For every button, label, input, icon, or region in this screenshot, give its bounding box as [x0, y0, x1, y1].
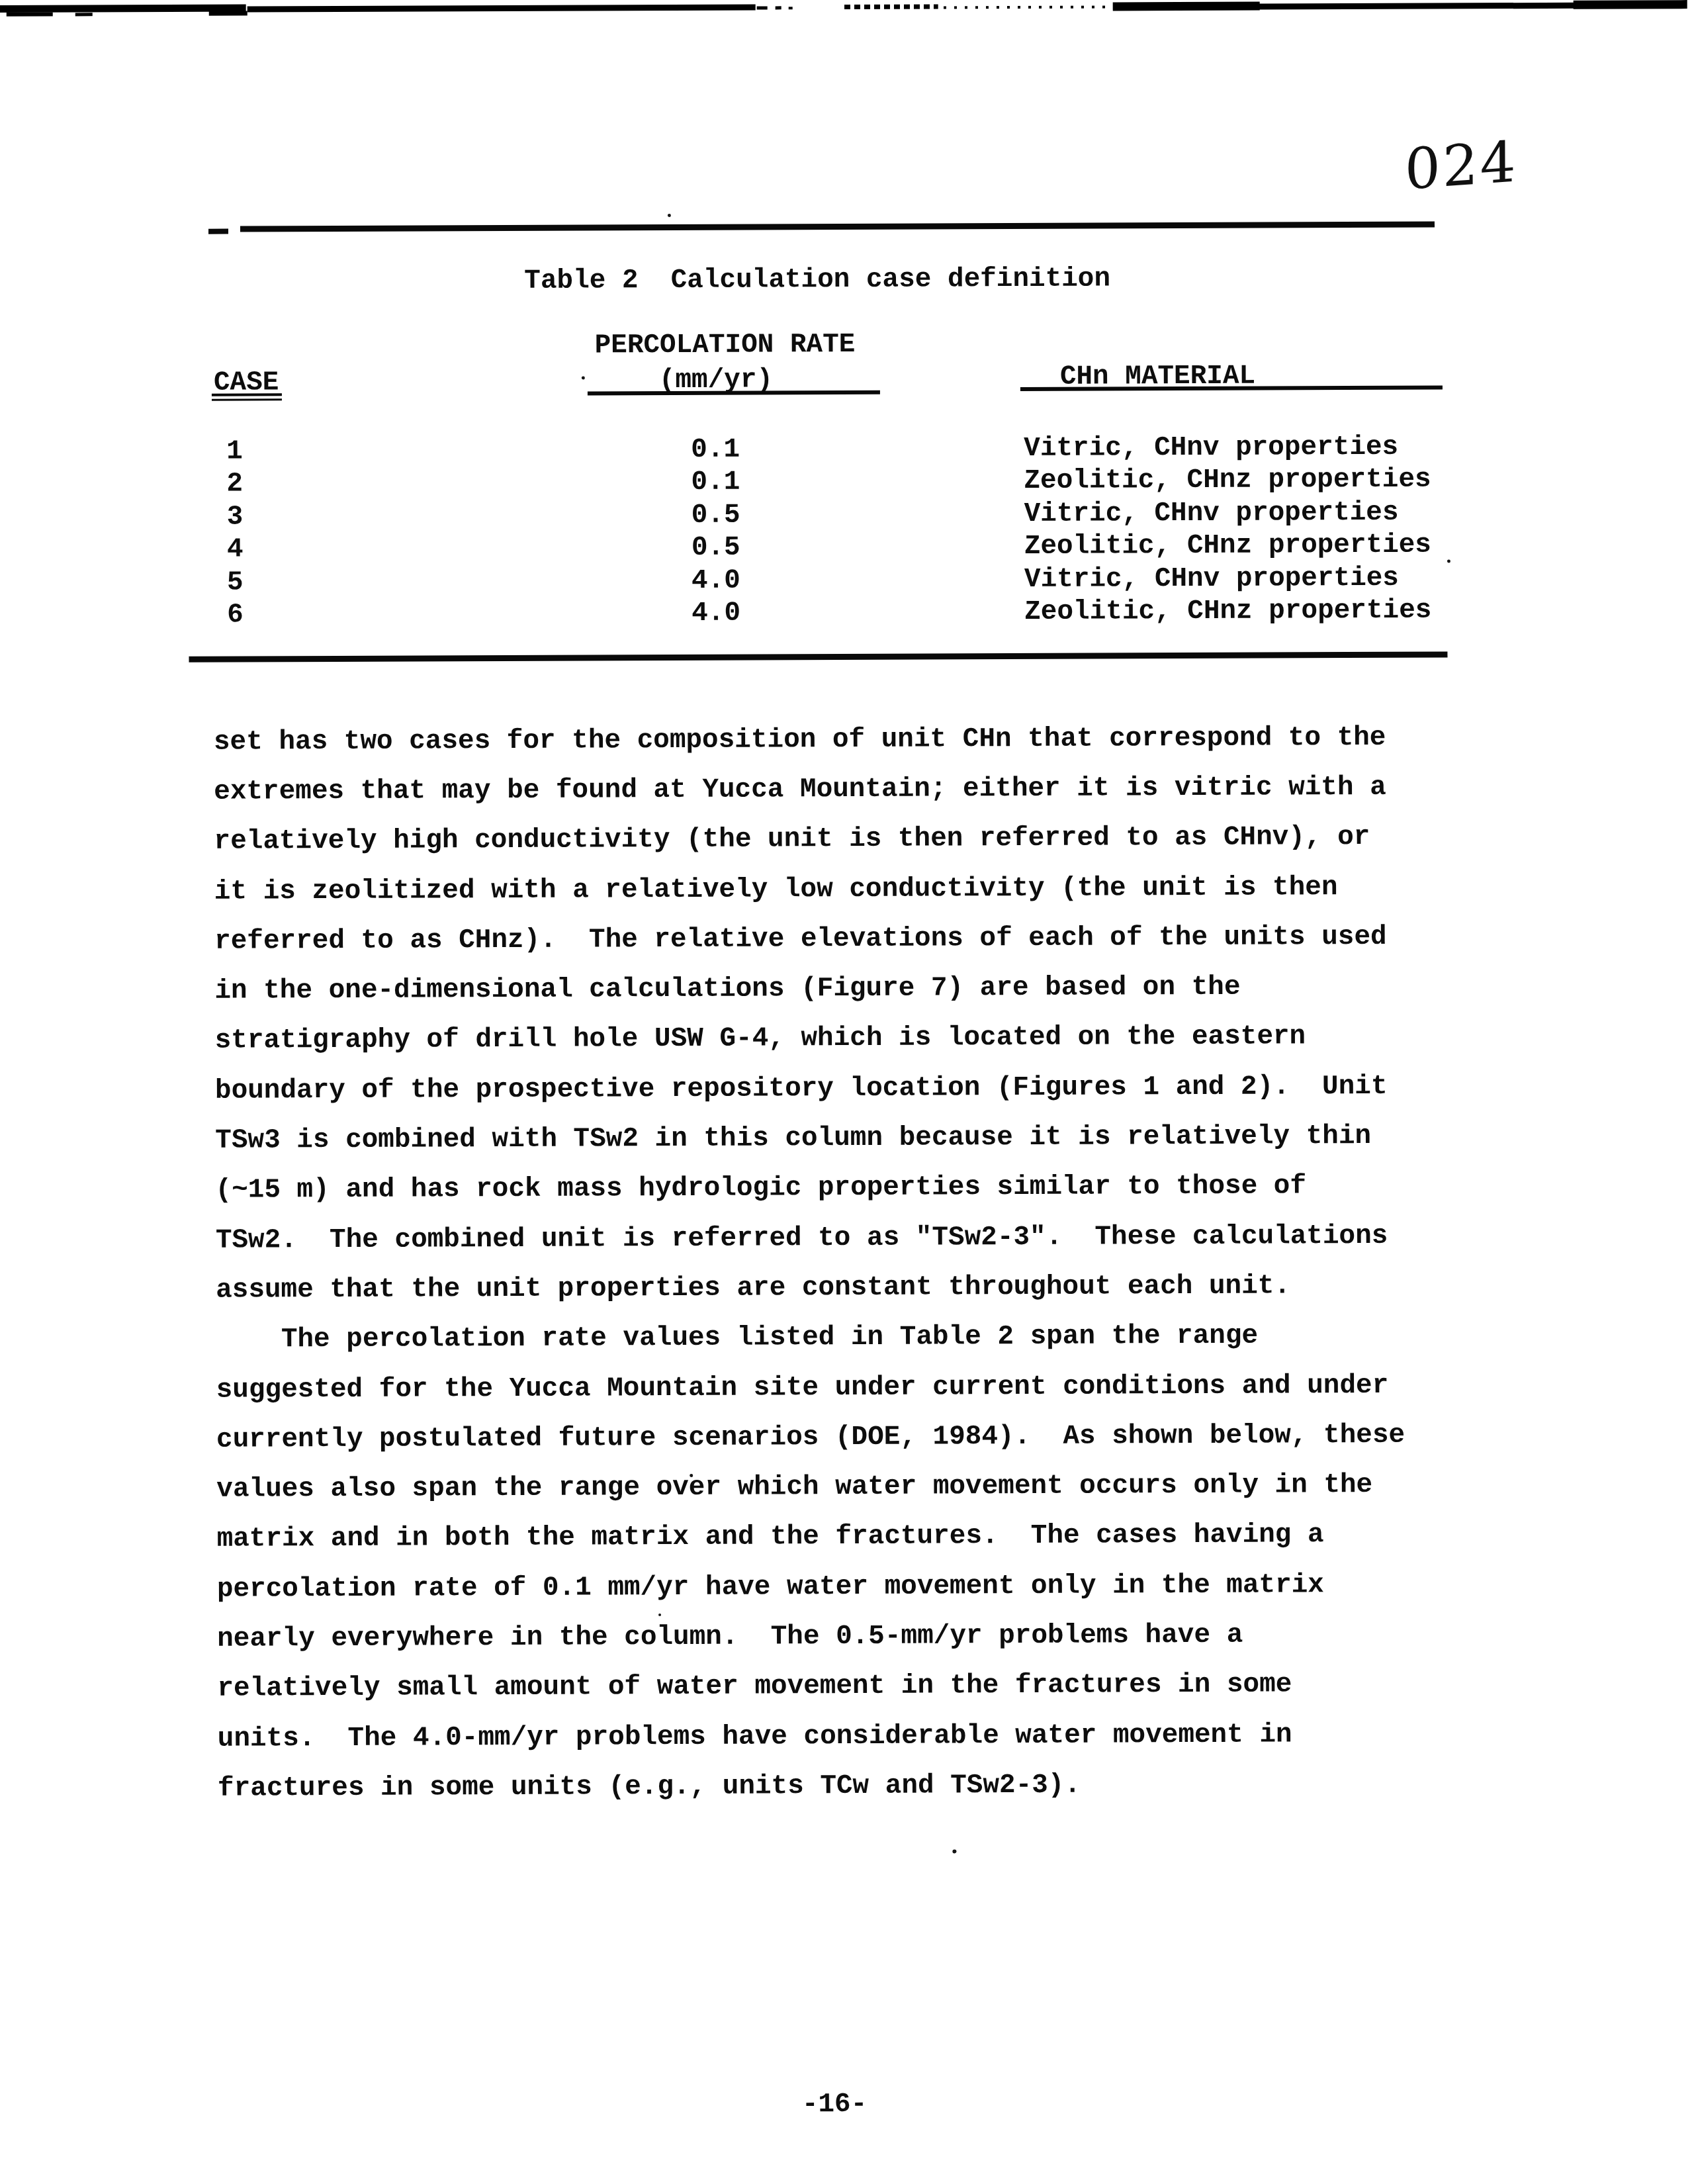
table-row: 6 4.0 Zeolitic, CHnz properties: [0, 596, 1692, 635]
body-text-line: values also span the range over which wa…: [216, 1460, 1372, 1514]
body-text-line: it is zeolitized with a relatively low c…: [214, 862, 1338, 917]
case-number-cell: 1: [226, 438, 243, 465]
top-rule-dash: [208, 229, 228, 234]
case-number-cell: 5: [227, 569, 244, 596]
body-text-line: nearly everywhere in the column. The 0.5…: [217, 1610, 1243, 1664]
body-text-line: suggested for the Yucca Mountain site un…: [216, 1361, 1389, 1415]
scan-edge-segment: [209, 11, 247, 15]
body-text-line: TSw2. The combined unit is referred to a…: [216, 1211, 1388, 1265]
body-text-line: assume that the unit properties are cons…: [216, 1261, 1290, 1316]
material-cell: Zeolitic, CHnz properties: [1024, 598, 1431, 626]
scan-speck: [952, 1849, 956, 1853]
body-text-line: set has two cases for the composition of…: [214, 713, 1386, 767]
body-text-line: units. The 4.0-mm/yr problems have consi…: [218, 1709, 1292, 1764]
body-text-line: matrix and in both the matrix and the fr…: [216, 1510, 1323, 1565]
case-number-cell: 2: [226, 471, 243, 498]
body-text-line: relatively small amount of water movemen…: [217, 1660, 1292, 1714]
scan-speck: [1447, 559, 1450, 563]
table-title: Table 2 Calculation case definition: [524, 265, 1110, 295]
scan-edge-segment: [1259, 3, 1575, 10]
scan-speck: [690, 1474, 693, 1477]
scan-speck: [658, 1614, 661, 1616]
body-text-line: referred to as CHnz). The relative eleva…: [214, 912, 1387, 966]
material-cell: Vitric, CHnv properties: [1024, 565, 1399, 593]
scan-edge-segment: [1113, 2, 1260, 11]
percolation-rate-cell: 0.5: [691, 502, 740, 529]
material-cell: Zeolitic, CHnz properties: [1024, 532, 1431, 561]
top-rule: [240, 222, 1435, 232]
material-header-underline: [1020, 386, 1443, 391]
percolation-rate-cell: 4.0: [691, 567, 740, 594]
percolation-rate-cell: 0.1: [691, 437, 740, 464]
body-text-line: boundary of the prospective repository l…: [215, 1062, 1388, 1116]
scan-edge-segment: [75, 13, 93, 16]
material-cell: Vitric, CHnv properties: [1024, 434, 1398, 463]
scan-edge-segment: [757, 6, 768, 9]
material-cell: Vitric, CHnv properties: [1024, 500, 1399, 528]
case-number-cell: 4: [227, 537, 244, 564]
scan-edge-segment: [789, 7, 793, 9]
body-text-line: The percolation rate values listed in Ta…: [216, 1311, 1258, 1365]
percolation-rate-cell: 4.0: [691, 600, 740, 627]
case-number-cell: 6: [227, 602, 244, 629]
scan-edge-segment: [1574, 0, 1687, 9]
body-text-line: currently postulated future scenarios (D…: [216, 1410, 1405, 1465]
body-text-line: stratigraphy of drill hole USW G-4, whic…: [215, 1012, 1306, 1066]
scan-speck: [668, 214, 671, 217]
scan-edge-segment: [7, 13, 53, 17]
rate-header-underline: [588, 390, 880, 396]
scan-edge-segment: [844, 4, 938, 9]
handwritten-page-number: 024: [1405, 134, 1518, 199]
percolation-rate-cell: 0.1: [691, 469, 740, 496]
case-header-underline: [212, 393, 282, 400]
column-header-rate-line1: PERCOLATION RATE: [595, 332, 856, 360]
scanned-content: 024 Table 2 Calculation case definition …: [0, 0, 1694, 2184]
page-number: -16-: [802, 2091, 868, 2118]
body-text-line: TSw3 is combined with TSw2 in this colum…: [215, 1111, 1371, 1165]
body-text-line: relatively high conductivity (the unit i…: [214, 813, 1370, 867]
scan-speck: [582, 377, 585, 380]
scan-edge-segment: [776, 6, 781, 9]
table-bottom-rule: [189, 652, 1447, 662]
scan-edge-segment: [944, 5, 1114, 9]
body-text-line: extremes that may be found at Yucca Moun…: [214, 762, 1386, 817]
body-text-line: percolation rate of 0.1 mm/yr have water…: [217, 1560, 1324, 1614]
case-number-cell: 3: [227, 504, 244, 531]
material-cell: Zeolitic, CHnz properties: [1024, 467, 1431, 495]
body-text-line: in the one-dimensional calculations (Fig…: [214, 962, 1240, 1016]
body-text-line: fractures in some units (e.g., units TCw…: [218, 1760, 1081, 1813]
document-page: 024 Table 2 Calculation case definition …: [0, 0, 1694, 2184]
body-text-line: (~15 m) and has rock mass hydrologic pro…: [215, 1161, 1306, 1216]
scan-edge-artifact: [0, 0, 1690, 3]
scan-edge-segment: [247, 5, 756, 13]
percolation-rate-cell: 0.5: [691, 535, 740, 562]
